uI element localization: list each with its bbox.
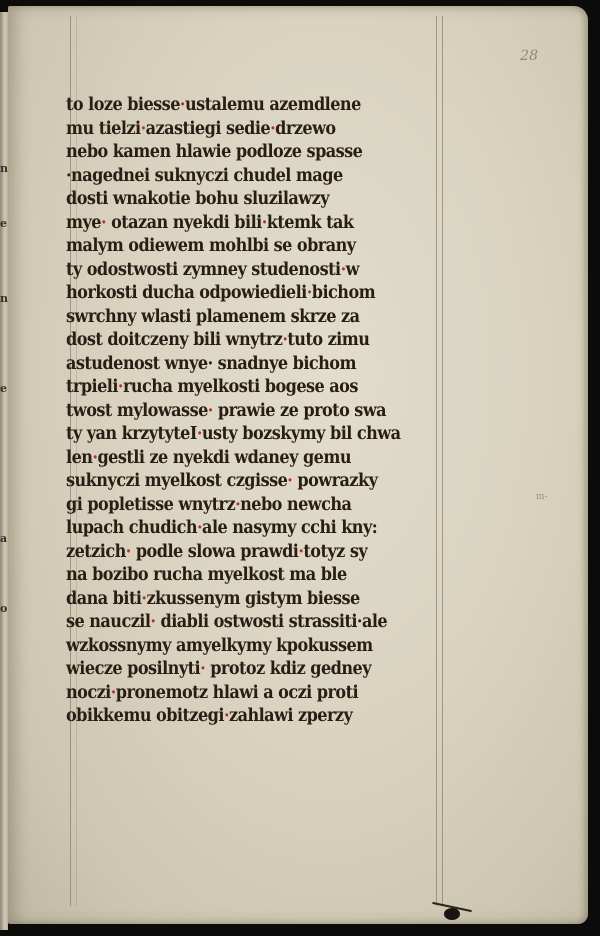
- text-segment: mu tielzi: [66, 119, 141, 139]
- text-line: astudenost wnye· snadnye bichom: [66, 353, 434, 377]
- text-segment: bichom: [312, 283, 375, 303]
- text-segment: malym odiewem mohlbi se obrany: [66, 236, 356, 256]
- text-line: horkosti ducha odpowiedieli·bichom: [66, 282, 434, 306]
- text-segment: zkussenym gistym biesse: [146, 589, 359, 609]
- text-line: nebo kamen hlawie podloze spasse: [66, 141, 434, 165]
- text-segment: se nauczil: [66, 612, 150, 632]
- text-segment: tuto zimu: [287, 330, 369, 350]
- text-segment: podle slowa prawdi: [131, 542, 299, 562]
- text-segment: powrazky: [292, 471, 377, 491]
- text-line: se nauczil· diabli ostwosti strassiti·al…: [66, 611, 434, 635]
- text-line: gi popletisse wnytrz·nebo newcha: [66, 494, 434, 518]
- text-line: suknyczi myelkost czgisse· powrazky: [66, 470, 434, 494]
- text-line: ty yan krzytyteI·usty bozskymy bil chwa: [66, 423, 434, 447]
- text-segment: totyz sy: [303, 542, 367, 562]
- text-segment: obikkemu obitzegi: [66, 706, 224, 726]
- manuscript-text-block: to loze biesse·ustalemu azemdlenemu tiel…: [66, 94, 466, 729]
- adjacent-page-letter: a: [0, 532, 7, 545]
- text-line: dost doitczeny bili wnytrz·tuto zimu: [66, 329, 434, 353]
- text-segment: dost doitczeny bili wnytrz: [66, 330, 282, 350]
- text-line: twost mylowasse· prawie ze proto swa: [66, 400, 434, 424]
- text-segment: ustalemu azemdlene: [185, 95, 361, 115]
- text-line: obikkemu obitzegi·zahlawi zperzy: [66, 705, 434, 729]
- text-segment: zahlawi zperzy: [229, 706, 352, 726]
- folio-number: 28: [520, 48, 538, 64]
- text-line: malym odiewem mohlbi se obrany: [66, 235, 434, 259]
- text-segment: nebo newcha: [240, 495, 351, 515]
- text-segment: diabli ostwosti strassiti·ale: [155, 612, 387, 632]
- adjacent-page-letter: o: [0, 602, 7, 615]
- adjacent-page-letter: n: [0, 292, 8, 305]
- text-segment: mye: [66, 213, 101, 233]
- text-segment: pronemotz hlawi a oczi proti: [116, 683, 358, 703]
- adjacent-page-letter: e: [0, 382, 7, 395]
- text-segment: ty odostwosti zymney studenosti: [66, 260, 341, 280]
- text-line: wiecze posilnyti· protoz kdiz gedney: [66, 658, 434, 682]
- text-segment: ·nagednei suknyczi chudel mage: [66, 166, 343, 186]
- text-segment: zetzich: [66, 542, 126, 562]
- text-segment: ale nasymy cchi kny:: [202, 518, 377, 538]
- text-line: zetzich· podle slowa prawdi·totyz sy: [66, 541, 434, 565]
- text-line: ty odostwosti zymney studenosti·w: [66, 259, 434, 283]
- text-segment: swrchny wlasti plamenem skrze za: [66, 307, 359, 327]
- text-segment: nebo kamen hlawie podloze spasse: [66, 142, 362, 162]
- text-line: len·gestli ze nyekdi wdaney gemu: [66, 447, 434, 471]
- text-segment: len: [66, 448, 92, 468]
- text-segment: ty yan krzytyteI: [66, 424, 197, 444]
- adjacent-page-letter: n: [0, 162, 8, 175]
- text-line: lupach chudich·ale nasymy cchi kny:: [66, 517, 434, 541]
- text-line: noczi·pronemotz hlawi a oczi proti: [66, 682, 434, 706]
- manuscript-scan: n e n e a o 28 m‐ to loze biesse·ustalem…: [0, 0, 600, 936]
- text-line: na bozibo rucha myelkost ma ble: [66, 564, 434, 588]
- text-segment: otazan nyekdi bili: [106, 213, 262, 233]
- text-segment: rucha myelkosti bogese aos: [123, 377, 358, 397]
- text-line: ·nagednei suknyczi chudel mage: [66, 165, 434, 189]
- margin-note: m‐: [536, 492, 548, 502]
- text-segment: dosti wnakotie bohu sluzilawzy: [66, 189, 329, 209]
- text-segment: drzewo: [275, 119, 335, 139]
- text-segment: dana biti: [66, 589, 141, 609]
- text-line: trpieli·rucha myelkosti bogese aos: [66, 376, 434, 400]
- text-segment: wiecze posilnyti: [66, 659, 200, 679]
- text-line: mu tielzi·azastiegi sedie·drzewo: [66, 118, 434, 142]
- text-segment: usty bozskymy bil chwa: [202, 424, 401, 444]
- text-segment: na bozibo rucha myelkost ma ble: [66, 565, 347, 585]
- text-segment: trpieli: [66, 377, 118, 397]
- text-line: mye· otazan nyekdi bili·ktemk tak: [66, 212, 434, 236]
- text-segment: noczi: [66, 683, 111, 703]
- text-line: dana biti·zkussenym gistym biesse: [66, 588, 434, 612]
- text-segment: protoz kdiz gedney: [205, 659, 371, 679]
- text-segment: astudenost wnye· snadnye bichom: [66, 354, 356, 374]
- text-segment: gi popletisse wnytrz: [66, 495, 235, 515]
- ink-blot: [444, 908, 460, 920]
- text-line: to loze biesse·ustalemu azemdlene: [66, 94, 434, 118]
- text-segment: wzkossnymy amyelkymy kpokussem: [66, 636, 373, 656]
- adjacent-page-letter: e: [0, 217, 7, 230]
- text-segment: ktemk tak: [267, 213, 354, 233]
- text-segment: to loze biesse: [66, 95, 180, 115]
- text-segment: azastiegi sedie: [146, 119, 271, 139]
- text-segment: prawie ze proto swa: [213, 401, 386, 421]
- text-segment: w: [346, 260, 359, 280]
- text-segment: suknyczi myelkost czgisse: [66, 471, 287, 491]
- text-segment: horkosti ducha odpowiedieli: [66, 283, 307, 303]
- text-line: swrchny wlasti plamenem skrze za: [66, 306, 434, 330]
- text-line: wzkossnymy amyelkymy kpokussem: [66, 635, 434, 659]
- text-line: dosti wnakotie bohu sluzilawzy: [66, 188, 434, 212]
- text-segment: gestli ze nyekdi wdaney gemu: [97, 448, 351, 468]
- adjacent-page-edge: n e n e a o: [0, 12, 8, 930]
- text-segment: lupach chudich: [66, 518, 197, 538]
- text-segment: twost mylowasse: [66, 401, 208, 421]
